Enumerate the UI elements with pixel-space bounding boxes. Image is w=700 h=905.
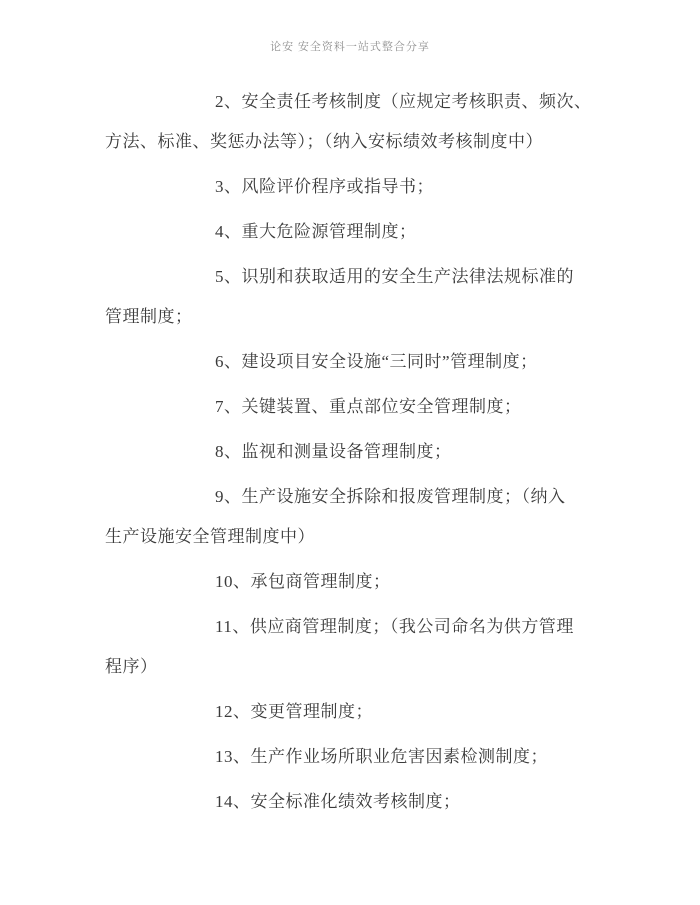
document-paragraph-item-6: 6、建设项目安全设施“三同时”管理制度； (105, 342, 605, 382)
document-paragraph-item-13: 13、生产作业场所职业危害因素检测制度； (105, 737, 605, 777)
document-paragraph-item-8: 8、监视和测量设备管理制度； (105, 432, 605, 472)
document-paragraph-item-3: 3、风险评价程序或指导书； (105, 167, 605, 207)
document-paragraph-item-7: 7、关键装置、重点部位安全管理制度； (105, 387, 605, 427)
document-paragraph-item-2: 2、安全责任考核制度（应规定考核职责、频次、 方法、标准、奖惩办法等）；（纳入安… (105, 82, 605, 162)
document-paragraph-item-12: 12、变更管理制度； (105, 692, 605, 732)
document-paragraph-item-10: 10、承包商管理制度； (105, 562, 605, 602)
document-body: 2、安全责任考核制度（应规定考核职责、频次、 方法、标准、奖惩办法等）；（纳入安… (105, 82, 605, 827)
watermark-header: 论安 安全资料一站式整合分享 (0, 38, 700, 54)
document-paragraph-item-11: 11、供应商管理制度；（我公司命名为供方管理 程序） (105, 607, 605, 687)
document-page: 论安 安全资料一站式整合分享 2、安全责任考核制度（应规定考核职责、频次、 方法… (0, 0, 700, 905)
document-paragraph-item-4: 4、重大危险源管理制度； (105, 212, 605, 252)
document-paragraph-item-5: 5、识别和获取适用的安全生产法律法规标准的 管理制度； (105, 257, 605, 337)
document-paragraph-item-9: 9、生产设施安全拆除和报废管理制度；（纳入 生产设施安全管理制度中） (105, 477, 605, 557)
document-paragraph-item-14: 14、安全标准化绩效考核制度； (105, 782, 605, 822)
